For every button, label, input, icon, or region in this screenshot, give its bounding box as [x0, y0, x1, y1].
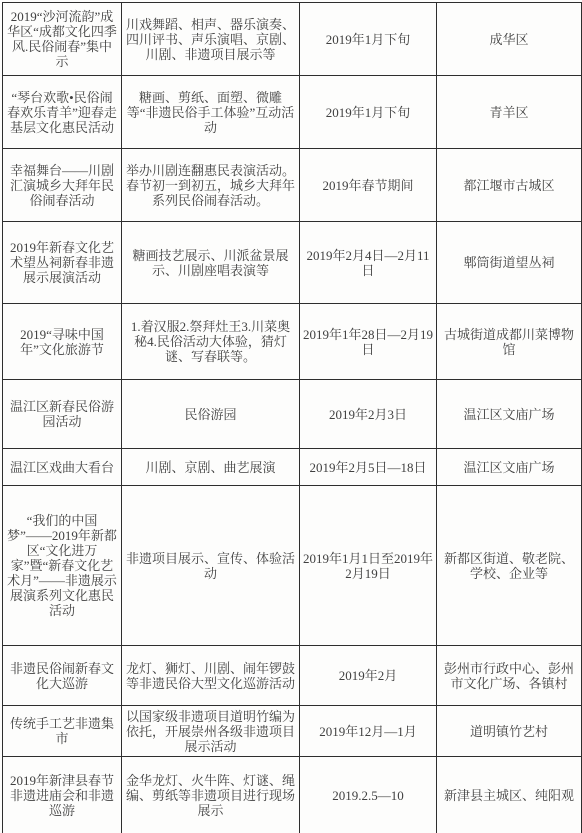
location-cell: 新都区街道、敬老院、学校、企业等	[437, 486, 582, 646]
activity-cell: “我们的中国梦”——2019年新都区“文化进万家”暨“新春文化艺术月”——非遗展…	[3, 486, 122, 646]
events-table: 2019“沙河流韵”成华区“成都文化四季风.民俗闹春”集中示 川戏舞蹈、相声、器…	[2, 2, 582, 833]
table-row: 幸福舞台——川剧汇演城乡大拜年民俗闹春活动 举办川剧连翻惠民表演活动。春节初一到…	[3, 149, 582, 222]
location-cell: 道明镇竹艺村	[437, 706, 582, 757]
activity-cell: 2019“寻味中国年”文化旅游节	[3, 304, 122, 380]
activity-cell: “琴台欢歌•民俗闹春欢乐青羊”迎春走基层文化惠民活动	[3, 76, 122, 149]
content-cell: 川戏舞蹈、相声、器乐演奏、四川评书、声乐演唱、京剧、川剧、非遗项目展示等	[122, 3, 300, 76]
time-cell: 2019年2月3日	[300, 380, 437, 449]
table-row: “我们的中国梦”——2019年新都区“文化进万家”暨“新春文化艺术月”——非遗展…	[3, 486, 582, 646]
table-row: 2019年新津县春节非遗进庙会和非遗巡游 金华龙灯、火牛阵、灯谜、绳编、剪纸等非…	[3, 757, 582, 833]
table-row: 2019年新春文化艺术望丛祠新春非遗展示展演活动 糖画技艺展示、川派盆景展示、川…	[3, 222, 582, 304]
table-row: 传统手工艺非遗集市 以国家级非遗项目道明竹编为依托，开展崇州各级非遗项目展示活动…	[3, 706, 582, 757]
time-cell: 2019年2月5日—18日	[300, 449, 437, 486]
table-row: 2019“寻味中国年”文化旅游节 1.着汉服2.祭拜灶王3.川菜奥秘4.民俗活动…	[3, 304, 582, 380]
activity-cell: 温江区新春民俗游园活动	[3, 380, 122, 449]
content-cell: 1.着汉服2.祭拜灶王3.川菜奥秘4.民俗活动大体验，猜灯谜、写春联等。	[122, 304, 300, 380]
location-cell: 彭州市行政中心、彭州市文化广场、各镇村	[437, 646, 582, 706]
time-cell: 2019年1月下旬	[300, 3, 437, 76]
content-cell: 举办川剧连翻惠民表演活动。春节初一到初五，城乡大拜年系列民俗闹春活动。	[122, 149, 300, 222]
activity-cell: 传统手工艺非遗集市	[3, 706, 122, 757]
time-cell: 2019年2月	[300, 646, 437, 706]
location-cell: 新津县主城区、纯阳观	[437, 757, 582, 833]
activity-cell: 温江区戏曲大看台	[3, 449, 122, 486]
content-cell: 糖画技艺展示、川派盆景展示、川剧座唱表演等	[122, 222, 300, 304]
time-cell: 2019年1月下旬	[300, 76, 437, 149]
content-cell: 民俗游园	[122, 380, 300, 449]
time-cell: 2019年12月—1月	[300, 706, 437, 757]
table-row: 2019“沙河流韵”成华区“成都文化四季风.民俗闹春”集中示 川戏舞蹈、相声、器…	[3, 3, 582, 76]
table-row: 非遗民俗闹新春文化大巡游 龙灯、狮灯、川剧、闹年锣鼓等非遗民俗大型文化巡游活动 …	[3, 646, 582, 706]
activity-cell: 非遗民俗闹新春文化大巡游	[3, 646, 122, 706]
table-row: 温江区新春民俗游园活动 民俗游园 2019年2月3日 温江区文庙广场	[3, 380, 582, 449]
time-cell: 2019.2.5—10	[300, 757, 437, 833]
time-cell: 2019年1月1日至2019年2月19日	[300, 486, 437, 646]
location-cell: 温江区文庙广场	[437, 380, 582, 449]
content-cell: 金华龙灯、火牛阵、灯谜、绳编、剪纸等非遗项目进行现场展示	[122, 757, 300, 833]
table-row: “琴台欢歌•民俗闹春欢乐青羊”迎春走基层文化惠民活动 糖画、剪纸、面塑、微雕等“…	[3, 76, 582, 149]
scanned-document-page: 2019“沙河流韵”成华区“成都文化四季风.民俗闹春”集中示 川戏舞蹈、相声、器…	[0, 0, 582, 833]
table-row: 温江区戏曲大看台 川剧、京剧、曲艺展演 2019年2月5日—18日 温江区文庙广…	[3, 449, 582, 486]
activity-cell: 幸福舞台——川剧汇演城乡大拜年民俗闹春活动	[3, 149, 122, 222]
location-cell: 青羊区	[437, 76, 582, 149]
location-cell: 郫筒街道望丛祠	[437, 222, 582, 304]
content-cell: 糖画、剪纸、面塑、微雕等“非遗民俗手工体验”互动活动	[122, 76, 300, 149]
content-cell: 非遗项目展示、宣传、体验活动	[122, 486, 300, 646]
content-cell: 川剧、京剧、曲艺展演	[122, 449, 300, 486]
location-cell: 古城街道成都川菜博物馆	[437, 304, 582, 380]
location-cell: 都江堰市古城区	[437, 149, 582, 222]
activity-cell: 2019年新春文化艺术望丛祠新春非遗展示展演活动	[3, 222, 122, 304]
activity-cell: 2019年新津县春节非遗进庙会和非遗巡游	[3, 757, 122, 833]
time-cell: 2019年1年28日—2月19日	[300, 304, 437, 380]
time-cell: 2019年春节期间	[300, 149, 437, 222]
activity-cell: 2019“沙河流韵”成华区“成都文化四季风.民俗闹春”集中示	[3, 3, 122, 76]
location-cell: 成华区	[437, 3, 582, 76]
location-cell: 温江区文庙广场	[437, 449, 582, 486]
content-cell: 以国家级非遗项目道明竹编为依托，开展崇州各级非遗项目展示活动	[122, 706, 300, 757]
time-cell: 2019年2月4日—2月11日	[300, 222, 437, 304]
content-cell: 龙灯、狮灯、川剧、闹年锣鼓等非遗民俗大型文化巡游活动	[122, 646, 300, 706]
